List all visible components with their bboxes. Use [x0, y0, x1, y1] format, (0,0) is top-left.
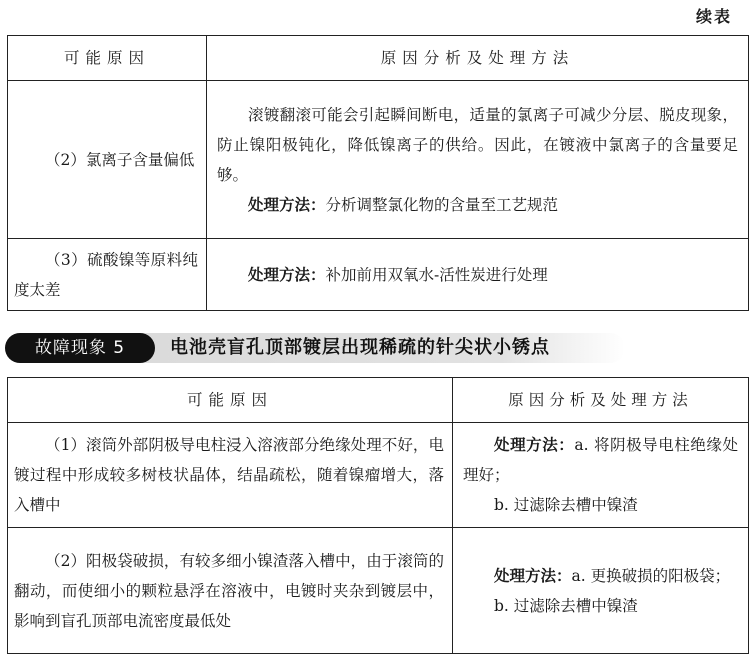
- cause-cell: （2）阳极袋破损，有较多细小镍渣落入槽中，由于滚筒的翻动，而使细小的颗粒悬浮在溶…: [8, 528, 453, 654]
- header-analysis-method: 原因分析及处理方法: [453, 378, 749, 423]
- table-row: （2）阳极袋破损，有较多细小镍渣落入槽中，由于滚筒的翻动，而使细小的颗粒悬浮在溶…: [8, 528, 749, 654]
- analysis-cell: 滚镀翻滚可能会引起瞬间断电，适量的氯离子可减少分层、脱皮现象，防止镍阳极钝化，降…: [207, 81, 749, 239]
- header-possible-cause: 可能原因: [8, 36, 207, 81]
- table-row: （3）硫酸镍等原料纯度太差 处理方法：补加前用双氧水-活性炭进行处理: [8, 239, 749, 311]
- analysis-cell: 处理方法：补加前用双氧水-活性炭进行处理: [207, 239, 749, 311]
- method-b-text: b. 过滤除去槽中镍渣: [463, 490, 738, 520]
- continued-label: 续表: [696, 4, 732, 27]
- table-header-row: 可能原因 原因分析及处理方法: [8, 378, 749, 423]
- analysis-cell: 处理方法：a. 更换破损的阳极袋； b. 过滤除去槽中镍渣: [453, 528, 749, 654]
- cause-cell: （1）滚筒外部阴极导电柱浸入溶液部分绝缘处理不好，电镀过程中形成较多树枝状晶体，…: [8, 423, 453, 528]
- method-line: 处理方法：补加前用双氧水-活性炭进行处理: [217, 260, 738, 290]
- header-analysis-method: 原因分析及处理方法: [207, 36, 749, 81]
- cause-cell: （2）氯离子含量偏低: [8, 81, 207, 239]
- cause-text: （2）氯离子含量偏低: [14, 145, 198, 175]
- method-label: 处理方法：: [494, 436, 574, 454]
- table-row: （2）氯离子含量偏低 滚镀翻滚可能会引起瞬间断电，适量的氯离子可减少分层、脱皮现…: [8, 81, 749, 239]
- fault-badge: 故障现象 5: [5, 333, 155, 363]
- cause-cell: （3）硫酸镍等原料纯度太差: [8, 239, 207, 311]
- method-line-a: 处理方法：a. 更换破损的阳极袋；: [463, 561, 738, 591]
- method-label: 处理方法：: [494, 567, 572, 585]
- table-fault-5: 可能原因 原因分析及处理方法 （1）滚筒外部阴极导电柱浸入溶液部分绝缘处理不好，…: [7, 377, 749, 654]
- cause-text: （2）阳极袋破损，有较多细小镍渣落入槽中，由于滚筒的翻动，而使细小的颗粒悬浮在溶…: [14, 546, 444, 636]
- analysis-cell: 处理方法：a. 将阴极导电柱绝缘处理好； b. 过滤除去槽中镍渣: [453, 423, 749, 528]
- method-text: 补加前用双氧水-活性炭进行处理: [326, 266, 548, 284]
- method-line: 处理方法：分析调整氯化物的含量至工艺规范: [217, 190, 738, 220]
- method-label: 处理方法：: [248, 266, 326, 284]
- cause-text: （1）滚筒外部阴极导电柱浸入溶液部分绝缘处理不好，电镀过程中形成较多树枝状晶体，…: [14, 430, 444, 520]
- cause-text: （3）硫酸镍等原料纯度太差: [14, 245, 198, 305]
- table-row: （1）滚筒外部阴极导电柱浸入溶液部分绝缘处理不好，电镀过程中形成较多树枝状晶体，…: [8, 423, 749, 528]
- method-label: 处理方法：: [248, 196, 326, 214]
- method-text: 分析调整氯化物的含量至工艺规范: [326, 196, 559, 214]
- fault-title: 电池壳盲孔顶部镀层出现稀疏的针尖状小锈点: [170, 333, 550, 363]
- header-possible-cause: 可能原因: [8, 378, 453, 423]
- analysis-text: 滚镀翻滚可能会引起瞬间断电，适量的氯离子可减少分层、脱皮现象，防止镍阳极钝化，降…: [217, 100, 738, 190]
- method-b-text: b. 过滤除去槽中镍渣: [463, 591, 738, 621]
- table-causes-continued: 可能原因 原因分析及处理方法 （2）氯离子含量偏低 滚镀翻滚可能会引起瞬间断电，…: [7, 35, 749, 311]
- table-header-row: 可能原因 原因分析及处理方法: [8, 36, 749, 81]
- method-a-text: a. 更换破损的阳极袋；: [572, 567, 731, 585]
- method-line-a: 处理方法：a. 将阴极导电柱绝缘处理好；: [463, 430, 738, 490]
